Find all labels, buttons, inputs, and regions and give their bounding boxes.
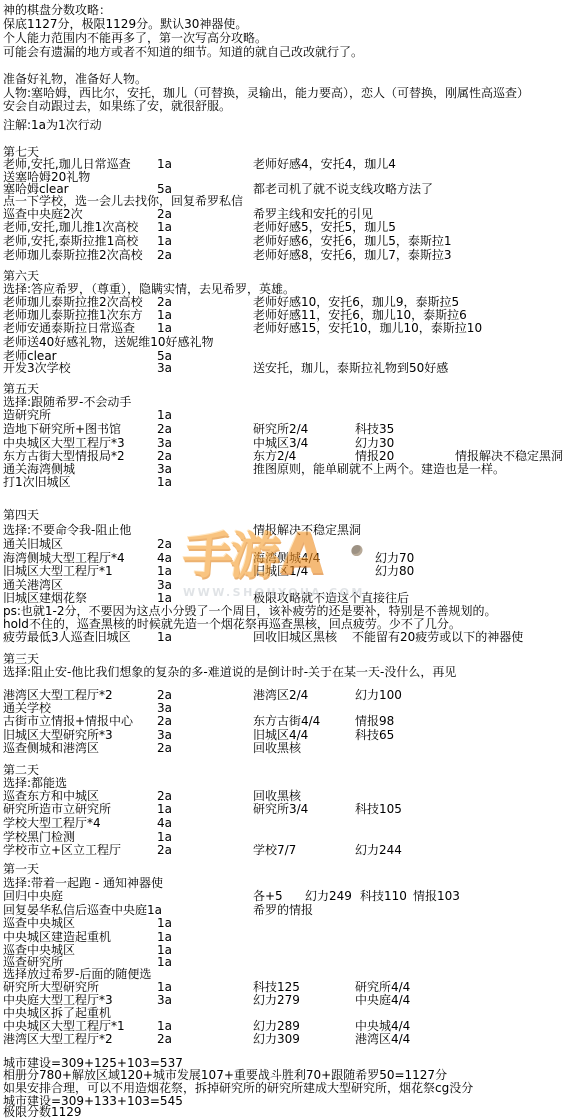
text-line: 研究所造市立研究所1a研究所3/4科技105 <box>0 802 580 816</box>
text-segment: 疲劳最低3人巡查旧城区 <box>3 630 131 644</box>
text-segment: 东方古街大型情报局*2 <box>3 449 125 463</box>
text-line: 第六天 <box>0 269 580 283</box>
text-line: 学校市立+区立工程厅2a学校7/7幻力244 <box>0 843 580 857</box>
text-line: 人物:塞哈姆，西比尔，安托，珈儿（可替换，灵输出，能力要高），恋人（可替换，刚属… <box>0 86 580 100</box>
text-segment: 旧城区4/4 <box>253 728 308 742</box>
text-line: 选择:跟随希罗-不会动手 <box>0 395 580 409</box>
text-line: 第五天 <box>0 382 580 396</box>
document-page: 神的棋盘分数攻略：保底1127分，极限1129分。默认30神器使。个人能力范围内… <box>0 0 580 1119</box>
text-segment: 造地下研究所+图书馆 <box>3 422 121 436</box>
text-segment: 2a <box>157 295 172 309</box>
text-segment: 回收旧城区黑核 <box>253 630 337 644</box>
text-line: 如果安排合理，可以不用造烟花祭，拆掉研究所的研究所建成大型研究所，烟花祭cg没分 <box>0 1081 580 1095</box>
text-segment: 3a <box>157 436 172 450</box>
text-line: ps:也就1-2分，不要因为这点小分毁了一个周目，该补疲劳的还是要补，特别是不善… <box>0 604 580 618</box>
text-segment: 3a <box>157 578 172 592</box>
text-segment: 通关旧城区 <box>3 537 63 551</box>
text-segment: 研究所造市立研究所 <box>3 802 111 816</box>
text-segment: 3a <box>157 462 172 476</box>
text-line: 老师珈儿泰斯拉推2次高校2a老师好感10，安托6，珈儿9，泰斯拉5 <box>0 295 580 309</box>
text-segment: 2a <box>157 1032 172 1046</box>
text-segment: 1a <box>157 930 172 944</box>
text-segment: 选择:不要命令我-阻止他 <box>3 523 131 537</box>
text-segment: 2a <box>157 843 172 857</box>
text-segment: 3a <box>157 361 172 375</box>
text-segment: 如果安排合理，可以不用造烟花祭，拆掉研究所的研究所建成大型研究所，烟花祭cg没分 <box>3 1081 473 1095</box>
text-line: 可能会有遗漏的地方或者不知道的细节。知道的就自己改改就行了。 <box>0 45 580 59</box>
text-segment: 1a <box>157 564 172 578</box>
text-segment: 安会自动跟过去，如果练了安，就很舒服。 <box>3 99 231 113</box>
text-line: 点一下学校，选一会儿去找你，回复希罗私信 <box>0 194 580 208</box>
text-segment: 研究所4/4 <box>355 980 410 994</box>
text-segment: 回收黑核 <box>253 741 301 755</box>
text-line: 学校黑门检测1a <box>0 830 580 844</box>
text-line: 保底1127分，极限1129分。默认30神器使。 <box>0 17 580 31</box>
text-segment: 中央城区大型工程厅*3 <box>3 436 125 450</box>
text-segment: 1a <box>157 630 172 644</box>
text-line: 选择:不要命令我-阻止他情报解决不稳定黑洞 <box>0 523 580 537</box>
text-segment: 港湾区大型工程厅*2 <box>3 688 113 702</box>
text-segment: 选择:都能选 <box>3 776 67 790</box>
text-segment: 老师,安托,泰斯拉推1高校 <box>3 234 138 248</box>
text-segment: 学校黑门检测 <box>3 830 75 844</box>
text-line: 中央城区大型工程厅*11a幻力289中央城4/4 <box>0 1019 580 1033</box>
text-segment: 幻力70 <box>375 551 414 565</box>
text-segment: 老师送40好感礼物，送妮维10好感礼物 <box>3 335 214 349</box>
text-line: 通关旧城区2a <box>0 537 580 551</box>
text-segment: 2a <box>157 422 172 436</box>
text-segment: 准备好礼物，准备好人物。 <box>3 72 147 86</box>
text-segment: 老师好感4，安托4，珈儿4 <box>253 157 396 171</box>
text-segment: 中央城区大型工程厅*1 <box>3 1019 125 1033</box>
text-segment: 1a <box>157 802 172 816</box>
text-segment: 科技110 <box>360 889 407 903</box>
text-segment: 2a <box>157 449 172 463</box>
text-segment: 幻力30 <box>355 436 394 450</box>
text-segment: 选择:答应希罗，（尊重），隐瞒实情，去见希罗，英雄。 <box>3 282 295 296</box>
text-segment: 送安托，珈儿，泰斯拉礼物到50好感 <box>253 361 448 375</box>
text-segment: 第一天 <box>3 862 39 876</box>
text-segment: 幻力100 <box>355 688 402 702</box>
text-line: 注解:1a为1次行动 <box>0 118 580 132</box>
text-line: 造地下研究所+图书馆2a研究所2/4科技35 <box>0 422 580 436</box>
text-segment: 老师,安托,珈儿推1次高校 <box>3 220 138 234</box>
text-segment: 极限攻略就不造这个直接往后 <box>253 591 409 605</box>
text-segment: 幻力249 <box>305 889 352 903</box>
text-segment: 老师珈儿泰斯拉推2次高校 <box>3 248 143 262</box>
text-segment: 第六天 <box>3 269 39 283</box>
text-segment: 点一下学校，选一会儿去找你，回复希罗私信 <box>3 194 243 208</box>
text-line: 回复晏华私信后巡查中央庭1a希罗的情报 <box>0 903 580 917</box>
text-segment: 各+5 <box>253 889 283 903</box>
text-segment: 老师珈儿泰斯拉推1次东方 <box>3 308 143 322</box>
text-segment: 中央城4/4 <box>355 1019 410 1033</box>
text-segment: 2a <box>157 537 172 551</box>
text-segment: 研究所大型研究所 <box>3 980 99 994</box>
text-segment: 3a <box>157 728 172 742</box>
text-segment: 选择放过希罗-后面的随便选 <box>3 967 151 981</box>
text-segment: 神的棋盘分数攻略： <box>3 3 111 17</box>
text-line: 安会自动跟过去，如果练了安，就很舒服。 <box>0 99 580 113</box>
text-line: 巡查中央城区1a <box>0 916 580 930</box>
text-segment: ps:也就1-2分，不要因为这点小分毁了一个周目，该补疲劳的还是要补，特别是不善… <box>3 604 497 618</box>
text-segment: 4a <box>157 816 172 830</box>
text-segment: 幻力80 <box>375 564 414 578</box>
text-line: 古街市立情报+情报中心2a东方古街4/4情报98 <box>0 714 580 728</box>
text-segment: 1a <box>157 830 172 844</box>
text-segment: 第三天 <box>3 652 39 666</box>
text-line: 疲劳最低3人巡查旧城区1a回收旧城区黑核不能留有20疲劳或以下的神器使 <box>0 630 580 644</box>
text-segment: 回归中央庭 <box>3 889 63 903</box>
text-segment: 中央城区建造起重机 <box>3 930 111 944</box>
text-line: 老师,安托,泰斯拉推1高校1a老师好感6，安托6，珈儿5，泰斯拉1 <box>0 234 580 248</box>
text-line: 选择放过希罗-后面的随便选 <box>0 967 580 981</box>
text-segment: 通关海湾侧城 <box>3 462 75 476</box>
text-line: 通关学校3a <box>0 701 580 715</box>
text-segment: 情报解决不稳定黑洞 <box>253 523 361 537</box>
text-line: 个人能力范围内不能再多了，第一次写高分攻略。 <box>0 31 580 45</box>
text-segment: 古街市立情报+情报中心 <box>3 714 133 728</box>
text-line: 选择:答应希罗，（尊重），隐瞒实情，去见希罗，英雄。 <box>0 282 580 296</box>
text-segment: 老师,安托,珈儿日常巡查 <box>3 157 131 171</box>
text-segment: 希罗主线和安托的引见 <box>253 207 373 221</box>
text-segment: 科技105 <box>355 802 402 816</box>
text-segment: 老师好感15，安托10，珈儿10，泰斯拉10 <box>253 321 482 335</box>
text-segment: 中央庭4/4 <box>355 993 410 1007</box>
text-segment: 不能留有20疲劳或以下的神器使 <box>352 630 523 644</box>
text-line: 中央城区建造起重机1a <box>0 930 580 944</box>
text-segment: 港湾区4/4 <box>355 1032 410 1046</box>
text-line: 巡查东方和中城区2a回收黑核 <box>0 789 580 803</box>
text-segment: 2a <box>157 688 172 702</box>
text-segment: 港湾区大型工程厅*2 <box>3 1032 113 1046</box>
text-line: 打1次旧城区1a <box>0 475 580 489</box>
text-segment: 港湾区2/4 <box>253 688 308 702</box>
text-segment: 极限分数1129 <box>3 1105 82 1119</box>
text-line: 通关海湾侧城3a推图原则，能单刷就不上两个。建造也是一样。 <box>0 462 580 476</box>
text-segment: 造研究所 <box>3 408 51 422</box>
text-segment: 研究所3/4 <box>253 802 308 816</box>
text-segment: 幻力279 <box>253 993 300 1007</box>
text-segment: 打1次旧城区 <box>3 475 71 489</box>
text-segment: 东方古街4/4 <box>253 714 320 728</box>
text-segment: 科技65 <box>355 728 394 742</box>
text-segment: 老师好感6，安托6，珈儿5，泰斯拉1 <box>253 234 452 248</box>
text-line: 老师珈儿泰斯拉推1次东方1a老师好感11，安托6，珈儿10，泰斯拉6 <box>0 308 580 322</box>
text-segment: 通关港湾区 <box>3 578 63 592</box>
text-segment: 研究所2/4 <box>253 422 308 436</box>
text-segment: 回收黑核 <box>253 789 301 803</box>
text-segment: 巡查中央庭2次 <box>3 207 83 221</box>
text-segment: 3a <box>157 993 172 1007</box>
text-segment: 人物:塞哈姆，西比尔，安托，珈儿（可替换，灵输出，能力要高），恋人（可替换，刚属… <box>3 86 529 100</box>
text-segment: 1a <box>157 475 172 489</box>
text-segment: 老师好感8，安托6，珈儿7，泰斯拉3 <box>253 248 452 262</box>
text-segment: 老师安通泰斯拉日常巡查 <box>3 321 135 335</box>
text-line: 港湾区大型工程厅*22a港湾区2/4幻力100 <box>0 688 580 702</box>
text-line: 第一天 <box>0 862 580 876</box>
text-segment: 1a <box>157 980 172 994</box>
text-segment: 希罗的情报 <box>253 903 313 917</box>
text-segment: 幻力244 <box>355 843 402 857</box>
text-segment: 旧城区建烟花祭 <box>3 591 87 605</box>
text-line: 神的棋盘分数攻略： <box>0 3 580 17</box>
text-line: 回归中央庭各+5幻力249科技110情报103 <box>0 889 580 903</box>
text-segment: 情报解决不稳定黑洞 <box>455 449 563 463</box>
text-segment: 幻力289 <box>253 1019 300 1033</box>
text-segment: 推图原则，能单刷就不上两个。建造也是一样。 <box>253 462 505 476</box>
text-segment: 学校7/7 <box>253 843 296 857</box>
text-segment: 2a <box>157 248 172 262</box>
text-segment: 学校市立+区立工程厅 <box>3 843 121 857</box>
text-segment: hold不住的，巡查黑核的时候就先造一个烟花祭再巡查黑核，回点疲劳。少不了几分。 <box>3 617 461 631</box>
text-segment: 老师好感11，安托6，珈儿10，泰斯拉6 <box>253 308 467 322</box>
text-segment: 科技35 <box>355 422 394 436</box>
text-line: 学校大型工程厅*44a <box>0 816 580 830</box>
text-line: 造研究所1a <box>0 408 580 422</box>
text-segment: 1a <box>157 408 172 422</box>
text-segment: 开发3次学校 <box>3 361 71 375</box>
text-segment: 海湾侧城大型工程厅*4 <box>3 551 125 565</box>
text-segment: 学校大型工程厅*4 <box>3 816 101 830</box>
text-line: 极限分数1129 <box>0 1105 580 1119</box>
text-segment: 1a <box>157 1019 172 1033</box>
text-segment: 中央庭大型工程厅*3 <box>3 993 113 1007</box>
text-segment: 巡查侧城和港湾区 <box>3 741 99 755</box>
text-segment: 回复晏华私信后巡查中央庭1a <box>3 903 162 917</box>
text-line: 选择:带着一起跑 - 通知神器使 <box>0 876 580 890</box>
text-line: 选择:都能选 <box>0 776 580 790</box>
text-segment: 科技125 <box>253 980 300 994</box>
text-segment: 通关学校 <box>3 701 51 715</box>
text-segment: 巡查中央城区 <box>3 916 75 930</box>
text-segment: 4a <box>157 551 172 565</box>
text-line: 旧城区建烟花祭1a极限攻略就不造这个直接往后 <box>0 591 580 605</box>
text-line: 老师珈儿泰斯拉推2次高校2a老师好感8，安托6，珈儿7，泰斯拉3 <box>0 248 580 262</box>
text-segment: 可能会有遗漏的地方或者不知道的细节。知道的就自己改改就行了。 <box>3 45 363 59</box>
text-segment: 老师好感5，安托5，珈儿5 <box>253 220 396 234</box>
text-segment: 旧城区大型研究所*3 <box>3 728 113 742</box>
text-segment: 1a <box>157 220 172 234</box>
text-segment: 1a <box>157 234 172 248</box>
text-line: 老师,安托,珈儿日常巡查1a老师好感4，安托4，珈儿4 <box>0 157 580 171</box>
text-segment: 1a <box>157 591 172 605</box>
text-segment: 3a <box>157 701 172 715</box>
text-line: 开发3次学校3a送安托，珈儿，泰斯拉礼物到50好感 <box>0 361 580 375</box>
text-line: 巡查侧城和港湾区2a回收黑核 <box>0 741 580 755</box>
text-segment: 第二天 <box>3 763 39 777</box>
text-segment: 2a <box>157 207 172 221</box>
text-segment: 1a <box>157 321 172 335</box>
text-segment: 老师好感10，安托6，珈儿9，泰斯拉5 <box>253 295 459 309</box>
text-segment: 旧城区1/4 <box>253 564 308 578</box>
text-line: 选择:阻止安-他比我们想象的复杂的多-难道说的是倒计时-关于在某一天-没什么，再… <box>0 665 580 679</box>
text-line: 老师安通泰斯拉日常巡查1a老师好感15，安托10，珈儿10，泰斯拉10 <box>0 321 580 335</box>
text-segment: 海湾侧城4/4 <box>253 551 320 565</box>
text-segment: 保底1127分，极限1129分。默认30神器使。 <box>3 17 247 31</box>
text-line: 老师送40好感礼物，送妮维10好感礼物 <box>0 335 580 349</box>
text-segment: 情报103 <box>413 889 460 903</box>
text-segment: 第五天 <box>3 382 39 396</box>
text-line: 港湾区大型工程厅*22a幻力309港湾区4/4 <box>0 1032 580 1046</box>
text-line: 海湾侧城大型工程厅*44a海湾侧城4/4幻力70 <box>0 551 580 565</box>
text-segment: 1a <box>157 157 172 171</box>
text-segment: 旧城区大型工程厅*1 <box>3 564 113 578</box>
text-segment: 选择:阻止安-他比我们想象的复杂的多-难道说的是倒计时-关于在某一天-没什么，再… <box>3 665 456 679</box>
text-segment: 情报20 <box>355 449 394 463</box>
text-line: 准备好礼物，准备好人物。 <box>0 72 580 86</box>
text-segment: 选择:跟随希罗-不会动手 <box>3 395 131 409</box>
text-segment: 情报98 <box>355 714 394 728</box>
text-segment: 相册分780+解放区域120+城市发展107+重要战斗胜利70+跟随希罗50=1… <box>3 1068 447 1082</box>
text-segment: 巡查东方和中城区 <box>3 789 99 803</box>
text-segment: 选择:带着一起跑 - 通知神器使 <box>3 876 163 890</box>
text-line: 旧城区大型研究所*33a旧城区4/4科技65 <box>0 728 580 742</box>
text-segment: 2a <box>157 714 172 728</box>
text-line: 旧城区大型工程厅*11a旧城区1/4幻力80 <box>0 564 580 578</box>
text-line: 巡查中央庭2次2a希罗主线和安托的引见 <box>0 207 580 221</box>
text-segment: 中城区3/4 <box>253 436 308 450</box>
text-line: 相册分780+解放区域120+城市发展107+重要战斗胜利70+跟随希罗50=1… <box>0 1068 580 1082</box>
text-line: 通关港湾区3a <box>0 578 580 592</box>
text-segment: 1a <box>157 308 172 322</box>
text-segment: 个人能力范围内不能再多了，第一次写高分攻略。 <box>3 31 267 45</box>
text-line: 中央城区大型工程厅*33a中城区3/4幻力30 <box>0 436 580 450</box>
text-line: 第二天 <box>0 763 580 777</box>
text-segment: 注解:1a为1次行动 <box>3 118 102 132</box>
text-line: 老师,安托,珈儿推1次高校1a老师好感5，安托5，珈儿5 <box>0 220 580 234</box>
text-segment: 东方2/4 <box>253 449 296 463</box>
text-segment: 幻力309 <box>253 1032 300 1046</box>
text-line: hold不住的，巡查黑核的时候就先造一个烟花祭再巡查黑核，回点疲劳。少不了几分。 <box>0 617 580 631</box>
text-line: 第三天 <box>0 652 580 666</box>
text-line: 中央庭大型工程厅*33a幻力279中央庭4/4 <box>0 993 580 1007</box>
text-line: 第四天 <box>0 508 580 522</box>
text-segment: 2a <box>157 741 172 755</box>
text-segment: 中央城区拆了起重机 <box>3 1006 111 1020</box>
text-line: 研究所大型研究所1a科技125研究所4/4 <box>0 980 580 994</box>
text-line: 东方古街大型情报局*22a东方2/4情报20情报解决不稳定黑洞 <box>0 449 580 463</box>
text-segment: 第四天 <box>3 508 39 522</box>
text-segment: 1a <box>157 916 172 930</box>
text-segment: 老师珈儿泰斯拉推2次高校 <box>3 295 143 309</box>
text-line: 中央城区拆了起重机 <box>0 1006 580 1020</box>
text-segment: 2a <box>157 789 172 803</box>
